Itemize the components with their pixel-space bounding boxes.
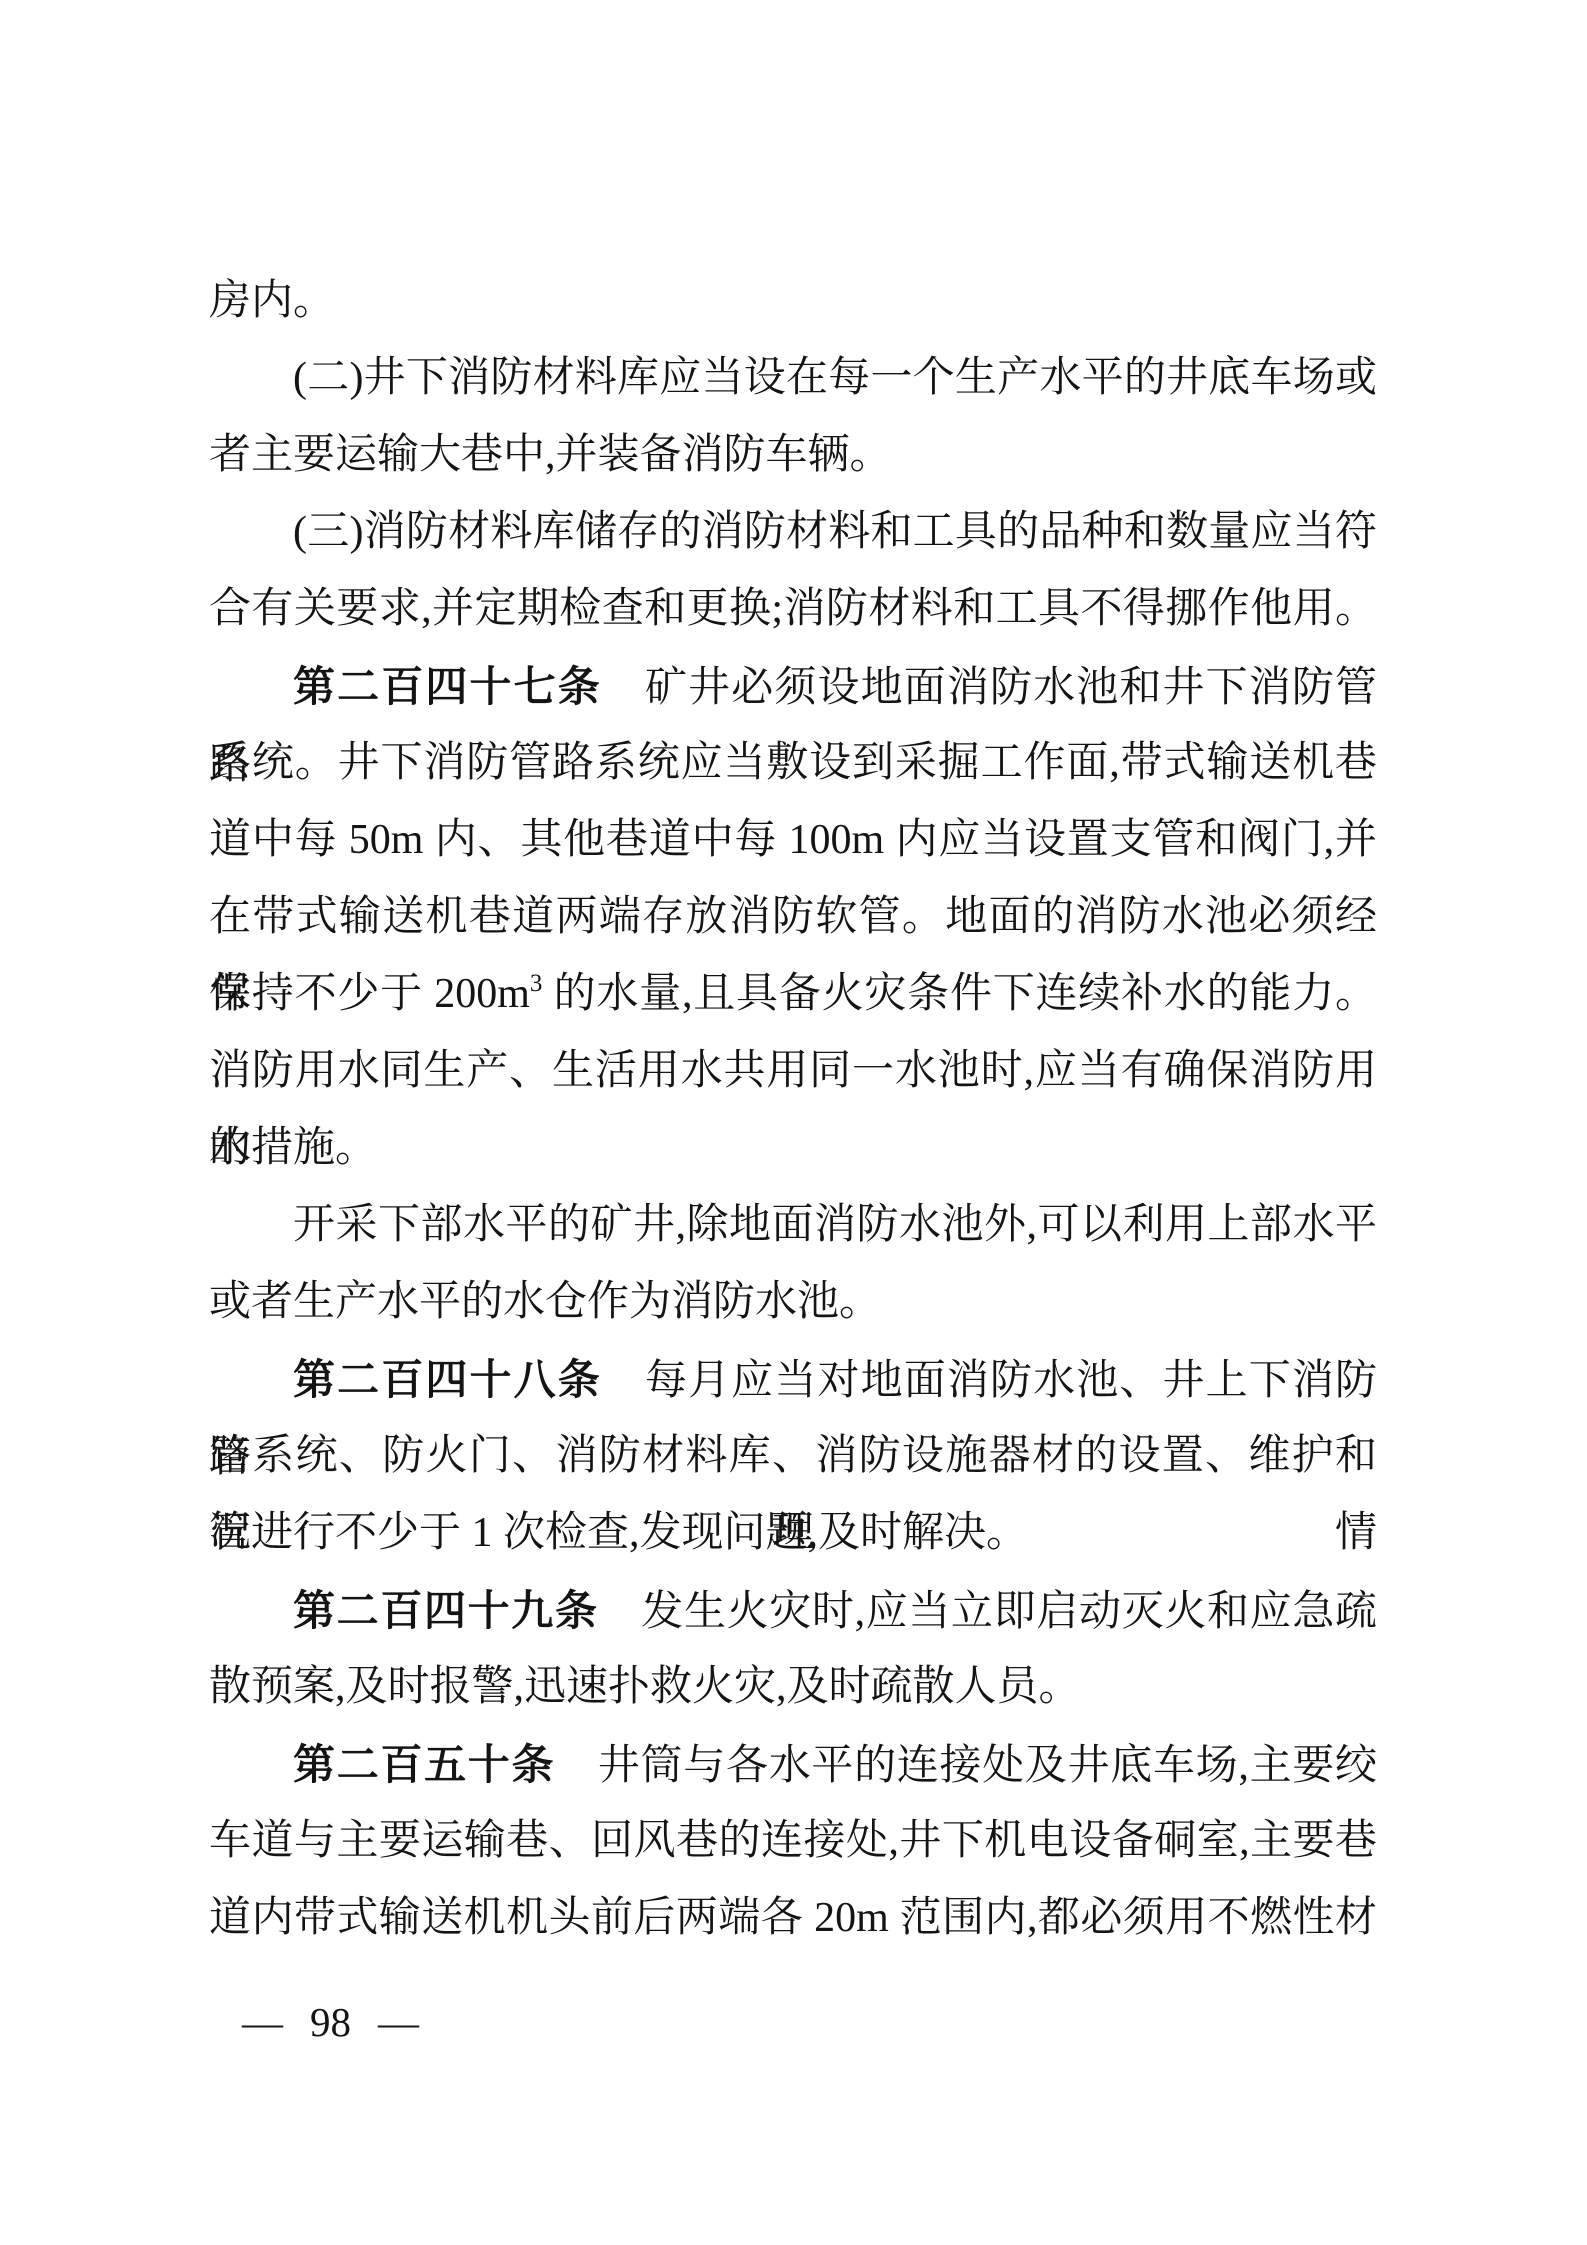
text-line: 第二百四十七条矿井必须设地面消防水池和井下消防管路 xyxy=(209,648,1377,725)
text-line: 第二百四十八条每月应当对地面消防水池、井上下消防管 xyxy=(209,1341,1377,1418)
line-text: 或者生产水平的水仓作为消防水池。 xyxy=(209,1279,881,1325)
line-text: 的措施。 xyxy=(209,1125,377,1171)
document-page: 房内。 (二)井下消防材料库应当设在每一个生产水平的井底车场或 者主要运输大巷中… xyxy=(0,0,1587,2245)
text-line: 保持不少于 200m3 的水量,且具备火灾条件下连续补水的能力。 xyxy=(209,956,1377,1033)
line-text: 道中每 50m 内、其他巷道中每 100m 内应当设置支管和阀门,并 xyxy=(209,817,1377,863)
text-line: 道中每 50m 内、其他巷道中每 100m 内应当设置支管和阀门,并 xyxy=(209,802,1377,879)
line-text: 的水量,且具备火灾条件下连续补水的能力。 xyxy=(542,971,1377,1017)
line-text: (三)消防材料库储存的消防材料和工具的品种和数量应当符 xyxy=(293,509,1377,555)
text-line: 系统。井下消防管路系统应当敷设到采掘工作面,带式输送机巷 xyxy=(209,725,1377,802)
page-footer: — 98 — xyxy=(242,1998,419,2046)
line-text: 房内。 xyxy=(209,278,335,324)
text-line: 散预案,及时报警,迅速扑救火灾,及时疏散人员。 xyxy=(209,1649,1377,1726)
text-line: 者主要运输大巷中,并装备消防车辆。 xyxy=(209,417,1377,494)
line-text: 散预案,及时报警,迅速扑救火灾,及时疏散人员。 xyxy=(209,1664,1081,1710)
line-text: 者主要运输大巷中,并装备消防车辆。 xyxy=(209,432,892,478)
article-heading: 第二百四十七条 xyxy=(293,663,602,710)
line-text: 况进行不少于 1 次检查,发现问题,及时解决。 xyxy=(209,1510,1028,1556)
text-line: (三)消防材料库储存的消防材料和工具的品种和数量应当符 xyxy=(209,494,1377,571)
text-line: 房内。 xyxy=(209,263,1377,340)
line-text: 道内带式输送机机头前后两端各 20m 范围内,都必须用不燃性材 xyxy=(209,1895,1377,1941)
text-line: 第二百五十条井筒与各水平的连接处及井底车场,主要绞 xyxy=(209,1726,1377,1803)
line-text: 开采下部水平的矿井,除地面消防水池外,可以利用上部水平 xyxy=(293,1202,1377,1248)
line-text: 保持不少于 200m xyxy=(209,971,530,1017)
article-heading: 第二百五十条 xyxy=(293,1741,555,1788)
text-line: 的措施。 xyxy=(209,1110,1377,1187)
text-line: 第二百四十九条发生火灾时,应当立即启动灭火和应急疏 xyxy=(209,1572,1377,1649)
text-line: 路系统、防火门、消防材料库、消防设施器材的设置、维护和管理情 xyxy=(209,1418,1377,1495)
text-line: 合有关要求,并定期检查和更换;消防材料和工具不得挪作他用。 xyxy=(209,571,1377,648)
superscript-cubic: 3 xyxy=(530,970,543,997)
body-text: 房内。 (二)井下消防材料库应当设在每一个生产水平的井底车场或 者主要运输大巷中… xyxy=(209,263,1377,1957)
line-text: (二)井下消防材料库应当设在每一个生产水平的井底车场或 xyxy=(293,355,1377,401)
line-text: 井筒与各水平的连接处及井底车场,主要绞 xyxy=(597,1743,1377,1789)
text-line: 在带式输送机巷道两端存放消防软管。地面的消防水池必须经常 xyxy=(209,879,1377,956)
line-text: 系统。井下消防管路系统应当敷设到采掘工作面,带式输送机巷 xyxy=(209,740,1377,786)
line-text: 车道与主要运输巷、回风巷的连接处,井下机电设备硐室,主要巷 xyxy=(209,1818,1377,1864)
footer-dash-left: — xyxy=(242,1998,283,2046)
text-line: 道内带式输送机机头前后两端各 20m 范围内,都必须用不燃性材 xyxy=(209,1880,1377,1957)
text-line: 消防用水同生产、生活用水共用同一水池时,应当有确保消防用水 xyxy=(209,1033,1377,1110)
text-line: 车道与主要运输巷、回风巷的连接处,井下机电设备硐室,主要巷 xyxy=(209,1803,1377,1880)
line-text: 发生火灾时,应当立即启动灭火和应急疏 xyxy=(641,1589,1377,1635)
text-line: 或者生产水平的水仓作为消防水池。 xyxy=(209,1264,1377,1341)
text-line: 开采下部水平的矿井,除地面消防水池外,可以利用上部水平 xyxy=(209,1187,1377,1264)
article-heading: 第二百四十八条 xyxy=(293,1356,602,1403)
footer-dash-right: — xyxy=(378,1998,419,2046)
text-line: (二)井下消防材料库应当设在每一个生产水平的井底车场或 xyxy=(209,340,1377,417)
page-number: 98 xyxy=(310,1998,351,2046)
line-text: 合有关要求,并定期检查和更换;消防材料和工具不得挪作他用。 xyxy=(209,586,1377,632)
article-heading: 第二百四十九条 xyxy=(293,1587,599,1634)
